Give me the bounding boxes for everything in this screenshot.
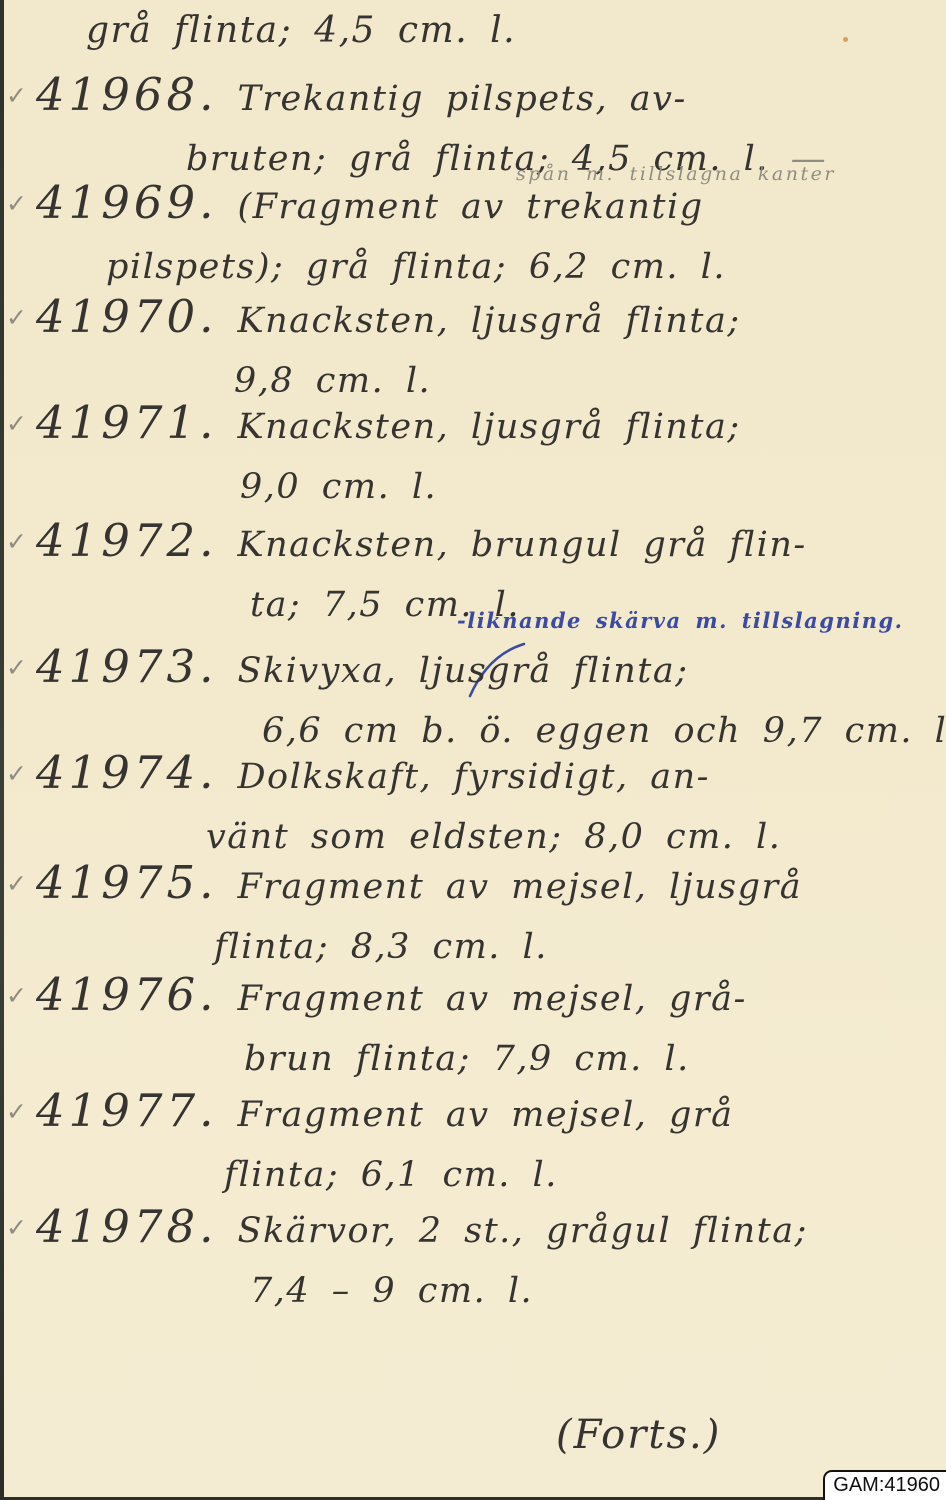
entry-number: 41977. (36, 1084, 217, 1137)
checkmark-icon: ✓ (6, 527, 36, 556)
entry-line1: Fragment av mejsel, ljusgrå (237, 867, 802, 907)
entry-line2: vänt som eldsten; 8,0 cm. l. (206, 812, 942, 862)
catalog-entry-41978: ✓ 41978. Skärvor, 2 st., grågul flinta; … (6, 1200, 942, 1316)
entry-line1: Dolkskaft, fyrsidigt, an- (237, 757, 710, 797)
catalog-entry-41973: ✓ 41973. Skivyxa, ljusgrå flinta; 6,6 cm… (6, 640, 942, 756)
catalog-entry-41977: ✓ 41977. Fragment av mejsel, grå flinta;… (6, 1084, 942, 1200)
entry-line1: Skärvor, 2 st., grågul flinta; (237, 1211, 807, 1251)
checkmark-icon: ✓ (6, 1213, 36, 1242)
entry-line2: pilspets); grå flinta; 6,2 cm. l. (106, 242, 942, 292)
entry-line1: Fragment av mejsel, grå (237, 1095, 733, 1135)
entry-number: 41969. (36, 176, 217, 229)
entry-number: 41968. (36, 68, 217, 121)
checkmark-icon: ✓ (6, 759, 36, 788)
checkmark-icon: ✓ (6, 81, 36, 110)
entry-line2: 9,0 cm. l. (240, 462, 942, 512)
checkmark-icon: ✓ (6, 869, 36, 898)
catalog-entry-41974: ✓ 41974. Dolkskaft, fyrsidigt, an- vänt … (6, 746, 942, 862)
entry-number: 41970. (36, 290, 217, 343)
checkmark-icon: ✓ (6, 1097, 36, 1126)
checkmark-icon: ✓ (6, 303, 36, 332)
checkmark-icon: ✓ (6, 653, 36, 682)
entry-line2: brun flinta; 7,9 cm. l. (244, 1034, 942, 1084)
entry-line1: Fragment av mejsel, grå- (237, 979, 746, 1019)
entry-number: 41974. (36, 746, 217, 799)
scan-edge-left (0, 0, 4, 1500)
document-page: grå flinta; 4,5 cm. l. ✓ 41968. Trekanti… (0, 0, 946, 1500)
catalog-entry-41976: ✓ 41976. Fragment av mejsel, grå- brun f… (6, 968, 942, 1084)
carryover-line: grå flinta; 4,5 cm. l. (86, 10, 516, 51)
continuation-note: (Forts.) (556, 1412, 721, 1458)
checkmark-icon: ✓ (6, 981, 36, 1010)
entry-line1: Trekantig pilspets, av- (237, 79, 686, 119)
checkmark-icon: ✓ (6, 409, 36, 438)
paper-speck (843, 37, 848, 42)
catalog-entry-41970: ✓ 41970. Knacksten, ljusgrå flinta; 9,8 … (6, 290, 942, 406)
catalog-entry-41969: ✓ 41969. (Fragment av trekantig pilspets… (6, 176, 942, 292)
entry-number: 41975. (36, 856, 217, 909)
catalog-id-label: GAM:41960 (823, 1470, 946, 1500)
entry-line2: flinta; 6,1 cm. l. (224, 1150, 942, 1200)
catalog-entry-41971: ✓ 41971. Knacksten, ljusgrå flinta; 9,0 … (6, 396, 942, 512)
entry-line1: Skivyxa, ljusgrå flinta; (237, 651, 688, 691)
entry-line2: flinta; 8,3 cm. l. (214, 922, 942, 972)
entry-line2: 7,4 – 9 cm. l. (250, 1266, 942, 1316)
entry-line1: (Fragment av trekantig (237, 187, 703, 227)
checkmark-icon: ✓ (6, 189, 36, 218)
entry-number: 41976. (36, 968, 217, 1021)
entry-number: 41972. (36, 514, 217, 567)
entry-line1: Knacksten, ljusgrå flinta; (237, 407, 740, 447)
entry-number: 41978. (36, 1200, 217, 1253)
entry-number: 41973. (36, 640, 217, 693)
blue-ink-annotation: -liknande skärva m. tillslagning. (457, 608, 903, 633)
entry-line1: Knacksten, ljusgrå flinta; (237, 301, 740, 341)
catalog-entry-41975: ✓ 41975. Fragment av mejsel, ljusgrå fli… (6, 856, 942, 972)
entry-line1: Knacksten, brungul grå flin- (237, 525, 806, 565)
entry-number: 41971. (36, 396, 217, 449)
